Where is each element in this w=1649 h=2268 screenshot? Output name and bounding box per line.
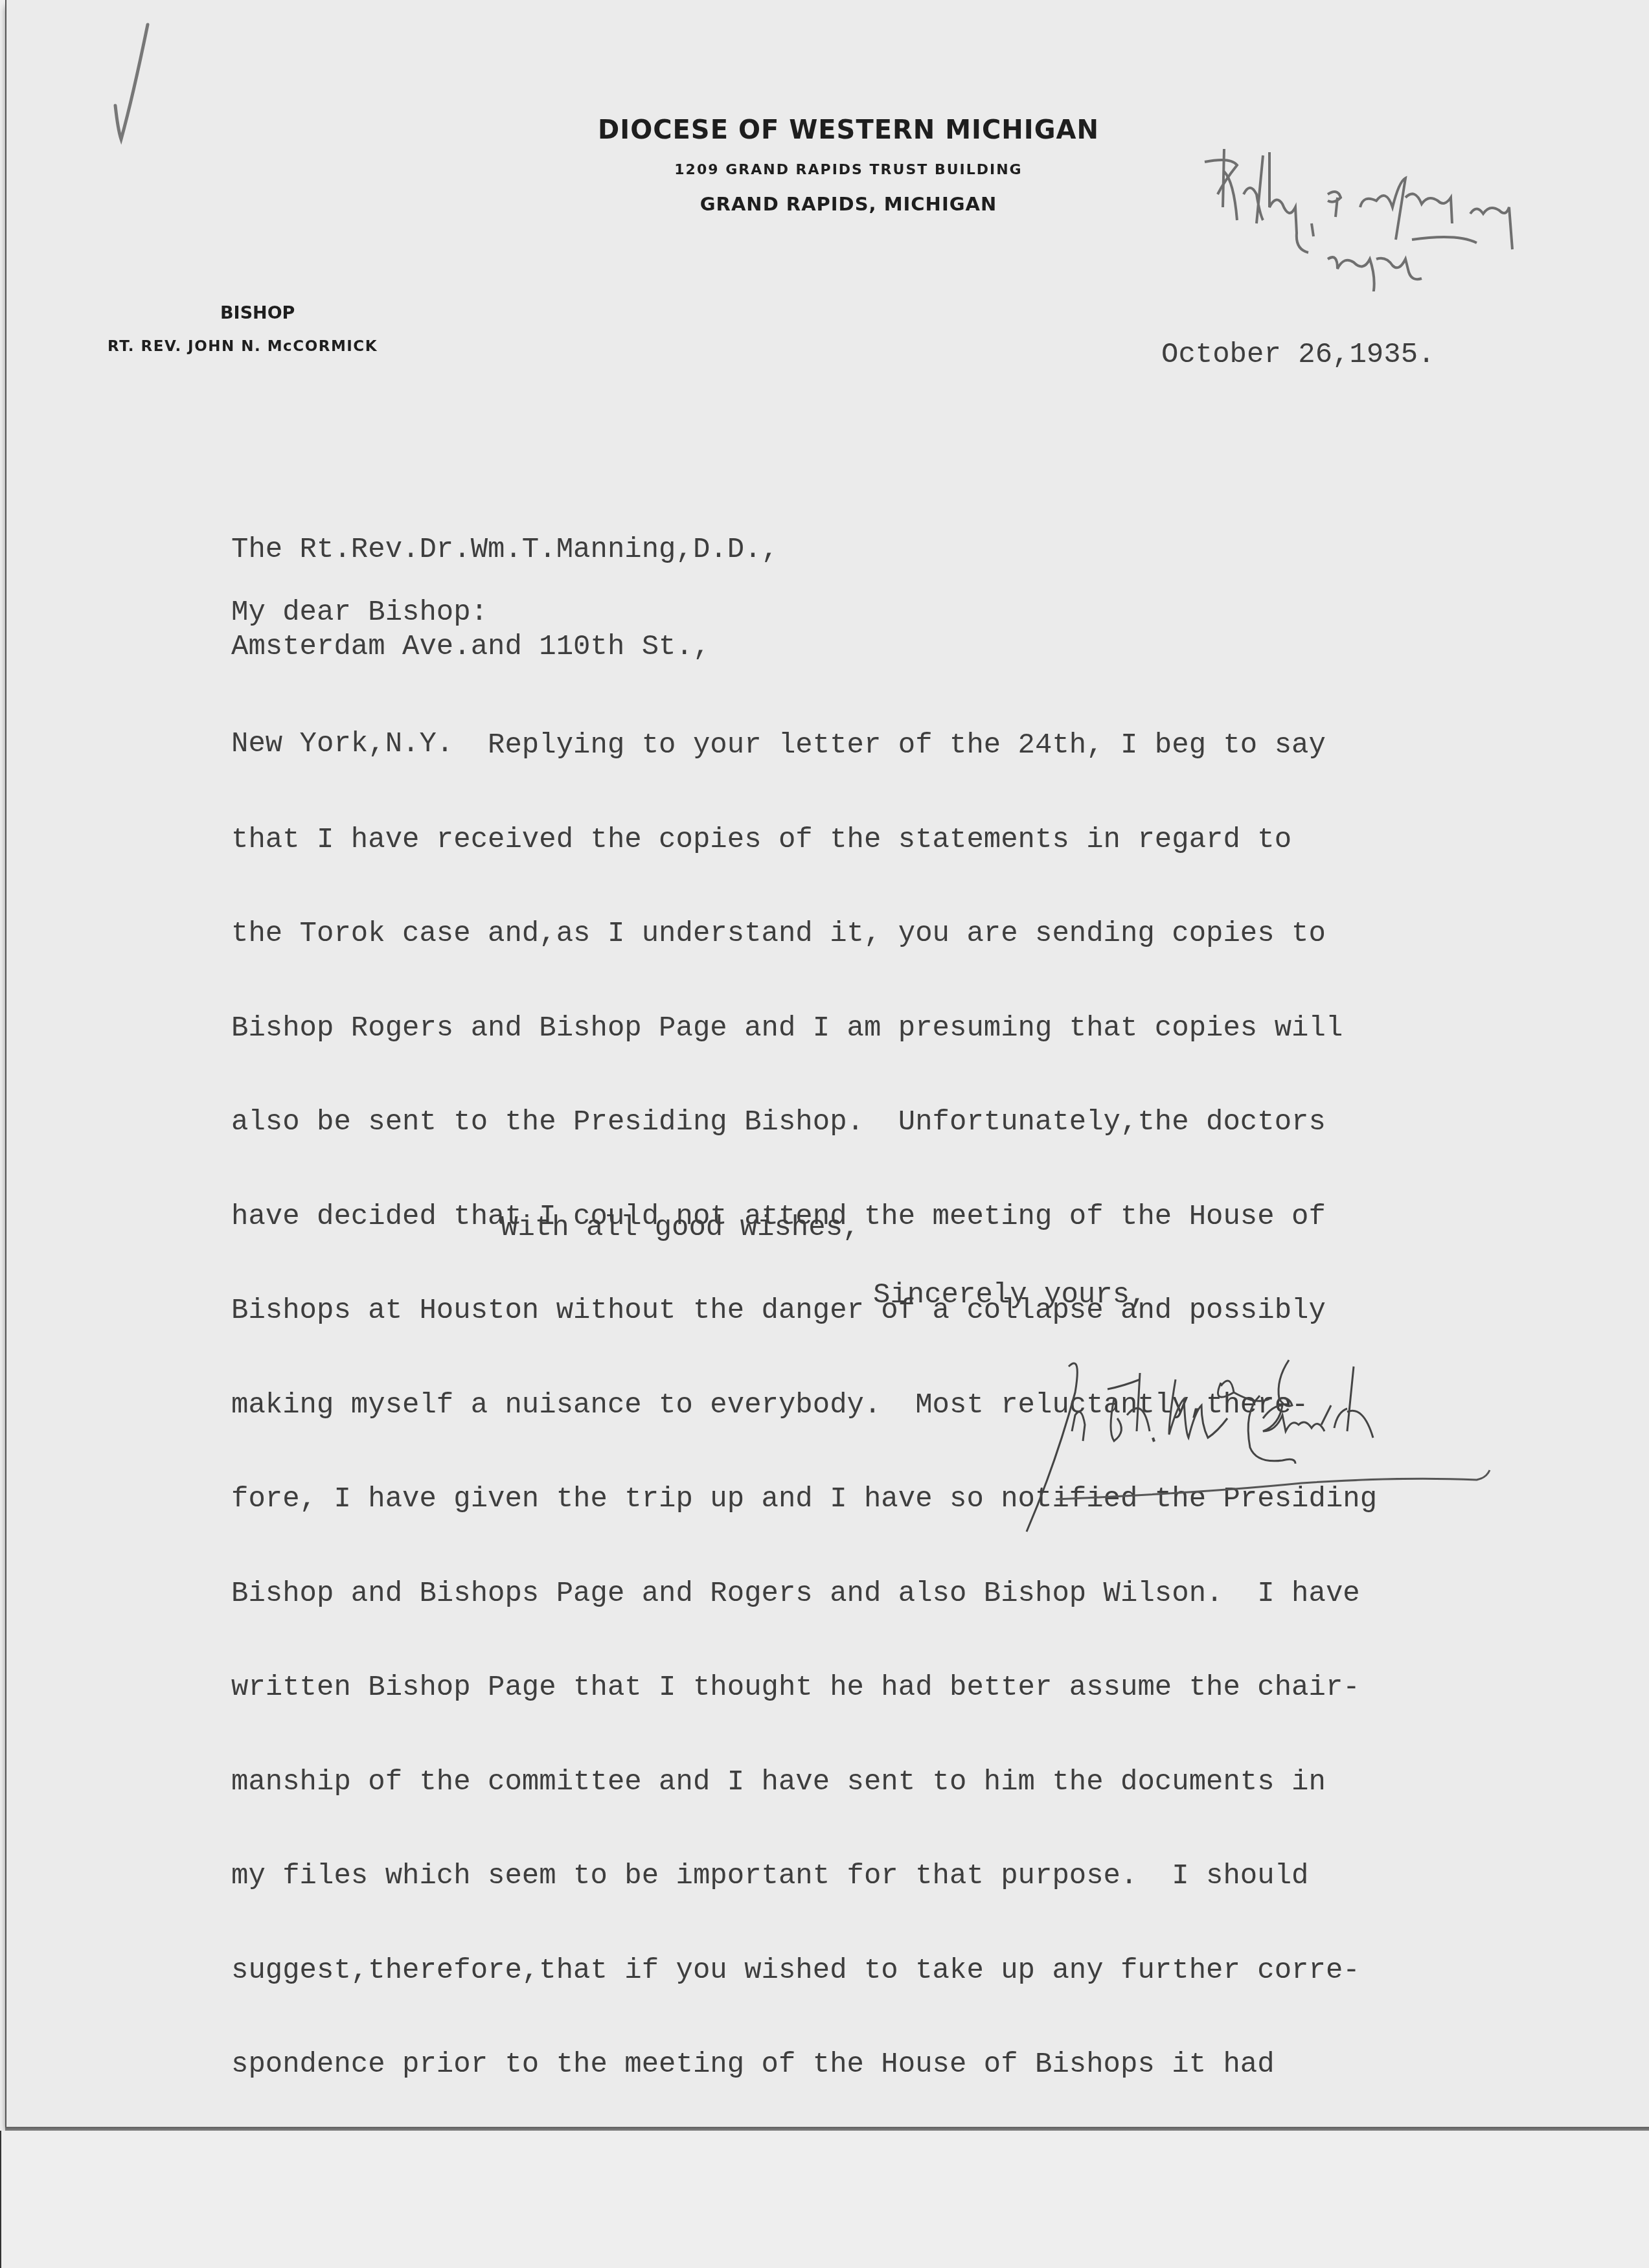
body-line: my files which seem to be important for … (231, 1861, 1377, 1892)
closing-phrase: With all good wishes, (501, 1212, 860, 1244)
pencil-annotation: Reply, & express my regret (1198, 142, 1645, 291)
signoff: Sincerely yours, (873, 1280, 1146, 1311)
checkmark-icon (104, 19, 155, 149)
body-line: spondence prior to the meeting of the Ho… (231, 2049, 1377, 2081)
recipient-line: The Rt.Rev.Dr.Wm.T.Manning,D.D., (231, 534, 779, 566)
body-line: manship of the committee and I have sent… (231, 1767, 1377, 1798)
recipient-line: Amsterdam Ave.and 110th St., (231, 631, 779, 663)
letterhead-office-holder: RT. REV. JOHN N. McCORMICK (108, 338, 378, 355)
handwritten-signature: Jno. N. McCormick (1010, 1334, 1632, 1541)
body-line: written Bishop Page that I thought he ha… (231, 1672, 1377, 1704)
letterhead-organization: DIOCESE OF WESTERN MICHIGAN (525, 115, 1172, 145)
body-line: Replying to your letter of the 24th, I b… (231, 730, 1377, 762)
letterhead-address: 1209 GRAND RAPIDS TRUST BUILDING (525, 162, 1172, 178)
letter-page: DIOCESE OF WESTERN MICHIGAN 1209 GRAND R… (5, 0, 1649, 2127)
letterhead-office-title: BISHOP (220, 303, 295, 323)
letterhead-city: GRAND RAPIDS, MICHIGAN (525, 193, 1172, 215)
scanner-background (0, 2131, 1649, 2268)
body-line: that I have received the copies of the s… (231, 824, 1377, 856)
body-line: suggest,therefore,that if you wished to … (231, 1955, 1377, 1987)
body-line: Bishop Rogers and Bishop Page and I am p… (231, 1013, 1377, 1045)
body-line: also be sent to the Presiding Bishop. Un… (231, 1107, 1377, 1139)
body-line: Bishops at Houston without the danger of… (231, 1295, 1377, 1327)
salutation: My dear Bishop: (231, 597, 488, 629)
body-line: the Torok case and,as I understand it, y… (231, 918, 1377, 950)
body-line: Bishop and Bishops Page and Rogers and a… (231, 1578, 1377, 1610)
letter-date: October 26,1935. (1161, 339, 1435, 371)
